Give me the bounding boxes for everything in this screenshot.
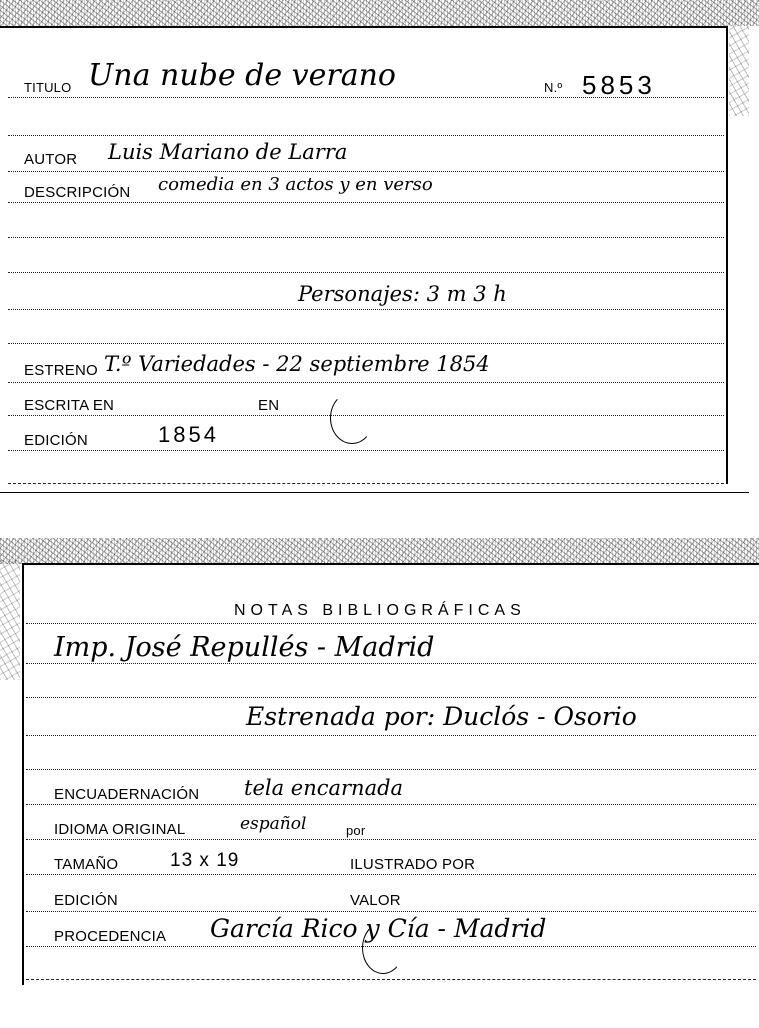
escrita-en-label: ESCRITA EN	[24, 397, 114, 414]
blank-line-1	[8, 134, 724, 136]
numero-value: 5853	[582, 70, 656, 101]
edicion-label: EDICIÓN	[24, 432, 88, 449]
notas-heading: NOTAS BIBLIOGRÁFICAS	[234, 602, 526, 620]
notas-line-1	[26, 622, 756, 624]
stamp-mark-top	[330, 392, 374, 444]
estreno-line	[8, 381, 724, 383]
edicion-valor-line	[26, 910, 756, 912]
stamp-mark-bottom	[362, 922, 404, 974]
autor-label: AUTOR	[24, 151, 77, 168]
autor-line	[8, 170, 724, 172]
descripcion-line	[8, 201, 724, 203]
notas-line-3	[26, 696, 756, 698]
bottom-line-top-card	[8, 482, 724, 484]
edicion-value: 1854	[158, 422, 219, 448]
titulo-label: TITULO	[24, 80, 71, 95]
edicion-bottom-label: EDICIÓN	[54, 892, 118, 909]
card-separator	[0, 492, 749, 493]
en-label: EN	[258, 397, 279, 414]
notas-value-2: Estrenada por: Duclós - Osorio	[246, 702, 637, 731]
estreno-label: ESTRENO	[24, 362, 98, 379]
estreno-value: T.º Variedades - 22 septiembre 1854	[104, 352, 490, 376]
notas-value-1: Imp. José Repullés - Madrid	[54, 632, 434, 663]
valor-label: VALOR	[350, 892, 401, 909]
numero-label: N.º	[544, 80, 562, 95]
tamano-value: 13 x 19	[170, 850, 239, 872]
notas-line-4	[26, 734, 756, 736]
edicion-line	[8, 449, 724, 451]
personajes-line	[8, 308, 724, 310]
idioma-por-label: por	[346, 823, 365, 838]
tamano-label: TAMAÑO	[54, 856, 118, 873]
blank-line-3	[8, 271, 724, 273]
scan-noise-top	[0, 0, 759, 26]
tamano-line	[26, 873, 756, 875]
scan-noise-right	[729, 26, 749, 116]
descripcion-label: DESCRIPCIÓN	[24, 184, 130, 201]
procedencia-label: PROCEDENCIA	[54, 928, 166, 945]
scan-noise-left	[0, 560, 20, 680]
idioma-original-value: español	[240, 814, 306, 834]
ilustrado-por-label: ILUSTRADO POR	[350, 856, 475, 873]
encuadernacion-label: ENCUADERNACIÓN	[54, 786, 199, 803]
blank-line-4	[8, 342, 724, 344]
notas-line-5	[26, 768, 756, 770]
titulo-value: Una nube de verano	[88, 58, 396, 93]
scan-noise-middle	[0, 538, 759, 564]
last-line	[26, 978, 756, 980]
personajes-value: Personajes: 3 m 3 h	[298, 282, 507, 306]
autor-value: Luis Mariano de Larra	[108, 140, 347, 164]
descripcion-value: comedia en 3 actos y en verso	[158, 174, 433, 195]
encuadernacion-line	[26, 803, 756, 805]
idioma-original-label: IDIOMA ORIGINAL	[54, 821, 185, 838]
idioma-line	[26, 838, 756, 840]
encuadernacion-value: tela encarnada	[244, 776, 403, 800]
blank-line-2	[8, 236, 724, 238]
